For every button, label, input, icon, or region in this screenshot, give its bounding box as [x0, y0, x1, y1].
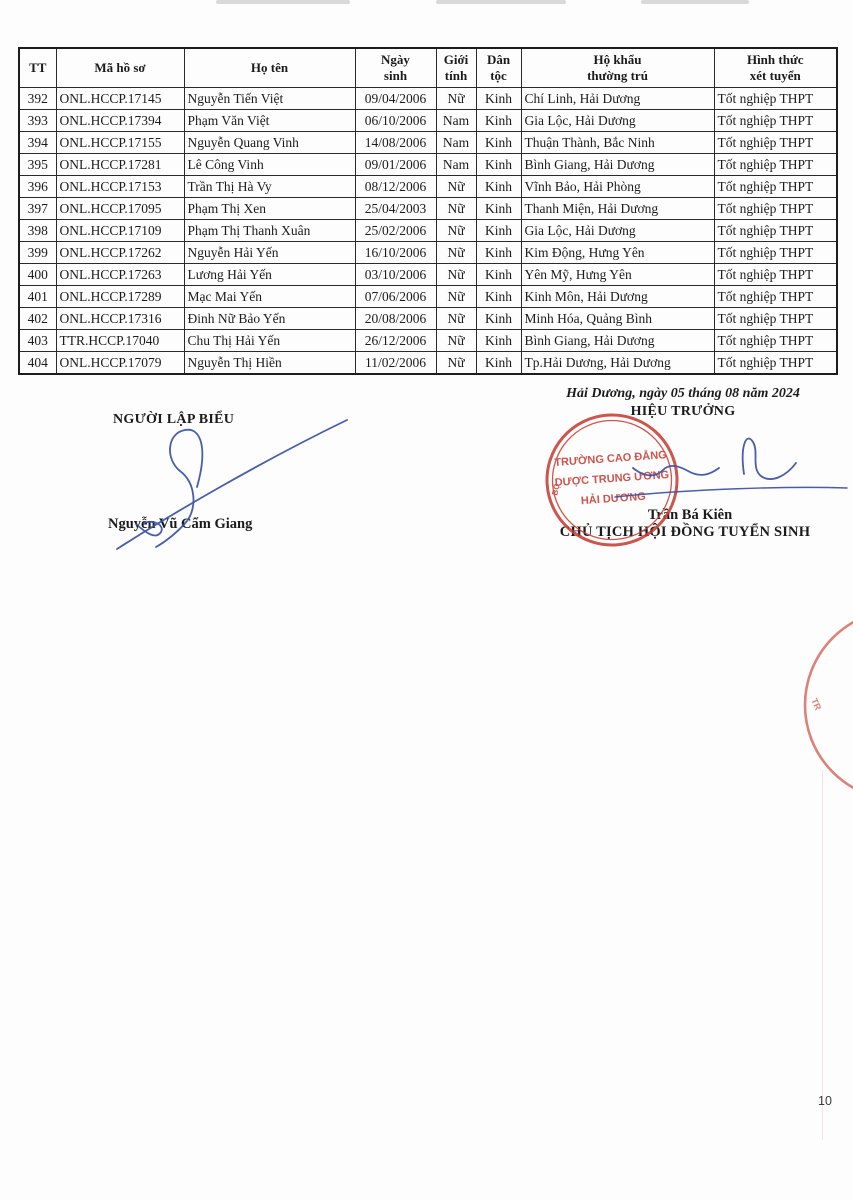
header-ma-ho-so: Mã hồ sơ: [56, 48, 184, 88]
table-cell: ONL.HCCP.17289: [56, 286, 184, 308]
table-cell: Nguyễn Quang Vinh: [184, 132, 355, 154]
table-cell: Nữ: [436, 330, 476, 352]
page-number: 10: [818, 1094, 832, 1108]
table-row: 399ONL.HCCP.17262Nguyễn Hải Yến16/10/200…: [19, 242, 837, 264]
stamp-side-text: BỘ: [550, 483, 562, 497]
table-cell: ONL.HCCP.17316: [56, 308, 184, 330]
table-cell: Nguyễn Thị Hiền: [184, 352, 355, 375]
table-cell: Tốt nghiệp THPT: [714, 176, 837, 198]
table-cell: Lê Công Vinh: [184, 154, 355, 176]
table-row: 401ONL.HCCP.17289Mạc Mai Yến07/06/2006Nữ…: [19, 286, 837, 308]
stamp-line2: DƯỢC TRUNG ƯƠNG: [554, 469, 669, 489]
table-cell: Kinh: [476, 198, 521, 220]
table-cell: Tốt nghiệp THPT: [714, 132, 837, 154]
table-cell: Kinh: [476, 264, 521, 286]
table-cell: Tốt nghiệp THPT: [714, 220, 837, 242]
table-cell: Kinh: [476, 286, 521, 308]
header-ngay-sinh: Ngày sinh: [355, 48, 436, 88]
table-cell: Kinh: [476, 352, 521, 375]
table-row: 392ONL.HCCP.17145Nguyễn Tiến Việt09/04/2…: [19, 88, 837, 110]
table-cell: 16/10/2006: [355, 242, 436, 264]
table-cell: Đinh Nữ Bảo Yến: [184, 308, 355, 330]
header-ho-khau: Hộ khẩu thường trú: [521, 48, 714, 88]
table-cell: 396: [19, 176, 56, 198]
table-cell: Nữ: [436, 88, 476, 110]
left-signer-name: Nguyễn Vũ Cẩm Giang: [108, 516, 252, 533]
table-cell: Tốt nghiệp THPT: [714, 154, 837, 176]
table-cell: Tốt nghiệp THPT: [714, 110, 837, 132]
table-cell: 401: [19, 286, 56, 308]
table-cell: 25/04/2003: [355, 198, 436, 220]
table-cell: Mạc Mai Yến: [184, 286, 355, 308]
table-cell: 06/10/2006: [355, 110, 436, 132]
table-cell: Nam: [436, 132, 476, 154]
table-cell: Tốt nghiệp THPT: [714, 352, 837, 375]
table-cell: 20/08/2006: [355, 308, 436, 330]
table-cell: Nữ: [436, 198, 476, 220]
table-cell: ONL.HCCP.17079: [56, 352, 184, 375]
header-hinh-thuc: Hình thức xét tuyển: [714, 48, 837, 88]
table-cell: Minh Hóa, Quảng Bình: [521, 308, 714, 330]
table-cell: 395: [19, 154, 56, 176]
table-cell: 400: [19, 264, 56, 286]
table-cell: 09/04/2006: [355, 88, 436, 110]
table-row: 404ONL.HCCP.17079Nguyễn Thị Hiền11/02/20…: [19, 352, 837, 375]
red-round-stamp: TRƯỜNG CAO ĐẲNG DƯỢC TRUNG ƯƠNG HẢI DƯƠN…: [537, 405, 686, 554]
table-cell: Kinh: [476, 88, 521, 110]
table-cell: Kinh: [476, 330, 521, 352]
table-cell: Phạm Thị Thanh Xuân: [184, 220, 355, 242]
table-cell: Kinh: [476, 154, 521, 176]
table-cell: ONL.HCCP.17262: [56, 242, 184, 264]
table-cell: Vĩnh Bảo, Hải Phòng: [521, 176, 714, 198]
table-cell: Nữ: [436, 286, 476, 308]
scan-artifact-line: [822, 770, 823, 1140]
table-cell: Tp.Hải Dương, Hải Dương: [521, 352, 714, 375]
table-cell: Nữ: [436, 264, 476, 286]
table-cell: Tốt nghiệp THPT: [714, 242, 837, 264]
scanned-document-page: TT Mã hồ sơ Họ tên Ngày sinh Giới tính D…: [0, 0, 853, 1200]
table-cell: 09/01/2006: [355, 154, 436, 176]
table-cell: Phạm Văn Việt: [184, 110, 355, 132]
header-ho-ten: Họ tên: [184, 48, 355, 88]
table-cell: 399: [19, 242, 56, 264]
header-dan-toc: Dân tộc: [476, 48, 521, 88]
table-cell: Kim Động, Hưng Yên: [521, 242, 714, 264]
table-cell: 26/12/2006: [355, 330, 436, 352]
table-row: 403TTR.HCCP.17040Chu Thị Hải Yến26/12/20…: [19, 330, 837, 352]
table-cell: Nguyễn Hải Yến: [184, 242, 355, 264]
table-cell: ONL.HCCP.17155: [56, 132, 184, 154]
table-row: 397ONL.HCCP.17095Phạm Thị Xen25/04/2003N…: [19, 198, 837, 220]
table-cell: Kinh: [476, 242, 521, 264]
table-cell: Nam: [436, 154, 476, 176]
top-bleed-fragment: [436, 0, 566, 4]
edge-partial-stamp: TR: [795, 600, 853, 810]
table-cell: Thuận Thành, Bắc Ninh: [521, 132, 714, 154]
left-signer-title: NGƯỜI LẬP BIỂU: [113, 412, 234, 428]
top-bleed-fragment: [641, 0, 749, 4]
table-cell: Thanh Miện, Hải Dương: [521, 198, 714, 220]
table-cell: Chu Thị Hải Yến: [184, 330, 355, 352]
table-cell: TTR.HCCP.17040: [56, 330, 184, 352]
table-cell: 393: [19, 110, 56, 132]
table-cell: Kinh: [476, 220, 521, 242]
table-cell: 398: [19, 220, 56, 242]
table-cell: Gia Lộc, Hải Dương: [521, 220, 714, 242]
table-cell: Tốt nghiệp THPT: [714, 308, 837, 330]
edge-stamp-text: TR: [809, 697, 823, 712]
admission-roster-table: TT Mã hồ sơ Họ tên Ngày sinh Giới tính D…: [18, 47, 838, 375]
table-cell: Bình Giang, Hải Dương: [521, 154, 714, 176]
table-cell: Nữ: [436, 352, 476, 375]
header-gioi-tinh: Giới tính: [436, 48, 476, 88]
table-cell: 25/02/2006: [355, 220, 436, 242]
table-cell: Tốt nghiệp THPT: [714, 88, 837, 110]
table-cell: Kinh: [476, 110, 521, 132]
table-cell: 03/10/2006: [355, 264, 436, 286]
table-cell: ONL.HCCP.17109: [56, 220, 184, 242]
table-row: 394ONL.HCCP.17155Nguyễn Quang Vinh14/08/…: [19, 132, 837, 154]
table-cell: ONL.HCCP.17263: [56, 264, 184, 286]
table-cell: ONL.HCCP.17394: [56, 110, 184, 132]
table-cell: Nữ: [436, 176, 476, 198]
table-cell: Kinh: [476, 176, 521, 198]
table-cell: 11/02/2006: [355, 352, 436, 375]
table-cell: 404: [19, 352, 56, 375]
table-cell: Tốt nghiệp THPT: [714, 264, 837, 286]
table-cell: Gia Lộc, Hải Dương: [521, 110, 714, 132]
table-cell: 403: [19, 330, 56, 352]
table-cell: Phạm Thị Xen: [184, 198, 355, 220]
table-cell: 14/08/2006: [355, 132, 436, 154]
table-cell: ONL.HCCP.17145: [56, 88, 184, 110]
table-cell: 402: [19, 308, 56, 330]
stamp-line1: TRƯỜNG CAO ĐẲNG: [554, 448, 667, 469]
table-cell: ONL.HCCP.17095: [56, 198, 184, 220]
stamp-line3: HẢI DƯƠNG: [580, 490, 646, 507]
table-cell: Nữ: [436, 242, 476, 264]
table-cell: 394: [19, 132, 56, 154]
table-row: 400ONL.HCCP.17263Lương Hải Yến03/10/2006…: [19, 264, 837, 286]
table-cell: Nữ: [436, 220, 476, 242]
table-cell: Tốt nghiệp THPT: [714, 330, 837, 352]
table-cell: Tốt nghiệp THPT: [714, 286, 837, 308]
table-cell: Kinh: [476, 132, 521, 154]
header-tt: TT: [19, 48, 56, 88]
table-cell: 07/06/2006: [355, 286, 436, 308]
table-cell: Tốt nghiệp THPT: [714, 198, 837, 220]
table-cell: Lương Hải Yến: [184, 264, 355, 286]
table-cell: Trần Thị Hà Vy: [184, 176, 355, 198]
table-cell: Nam: [436, 110, 476, 132]
date-line: Hải Dương, ngày 05 tháng 08 năm 2024: [520, 386, 846, 402]
table-row: 393ONL.HCCP.17394Phạm Văn Việt06/10/2006…: [19, 110, 837, 132]
table-header-row: TT Mã hồ sơ Họ tên Ngày sinh Giới tính D…: [19, 48, 837, 88]
table-row: 395ONL.HCCP.17281Lê Công Vinh09/01/2006N…: [19, 154, 837, 176]
table-body: 392ONL.HCCP.17145Nguyễn Tiến Việt09/04/2…: [19, 88, 837, 375]
table-cell: Chí Linh, Hải Dương: [521, 88, 714, 110]
table-cell: Yên Mỹ, Hưng Yên: [521, 264, 714, 286]
table-row: 398ONL.HCCP.17109Phạm Thị Thanh Xuân25/0…: [19, 220, 837, 242]
table-cell: Bình Giang, Hải Dương: [521, 330, 714, 352]
top-bleed-fragment: [216, 0, 350, 4]
table-cell: 08/12/2006: [355, 176, 436, 198]
table-cell: Nguyễn Tiến Việt: [184, 88, 355, 110]
table-cell: 397: [19, 198, 56, 220]
table-cell: 392: [19, 88, 56, 110]
table-row: 396ONL.HCCP.17153Trần Thị Hà Vy08/12/200…: [19, 176, 837, 198]
table-cell: ONL.HCCP.17281: [56, 154, 184, 176]
table-cell: Kinh Môn, Hải Dương: [521, 286, 714, 308]
table-cell: Kinh: [476, 308, 521, 330]
table-row: 402ONL.HCCP.17316Đinh Nữ Bảo Yến20/08/20…: [19, 308, 837, 330]
table-cell: Nữ: [436, 308, 476, 330]
table-cell: ONL.HCCP.17153: [56, 176, 184, 198]
